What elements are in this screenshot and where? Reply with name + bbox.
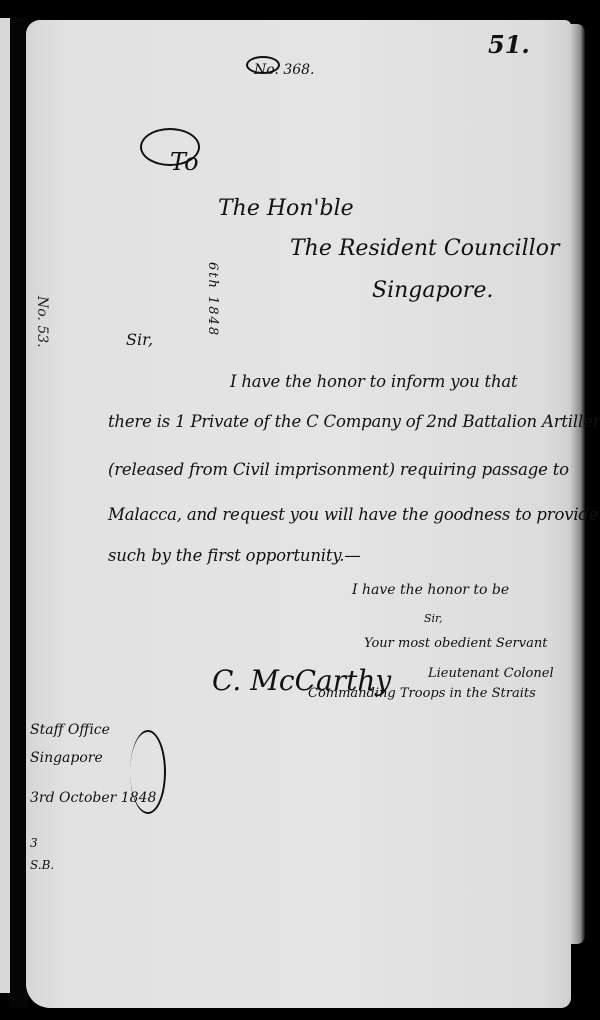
closing-servant: Your most obedient Servant bbox=[364, 636, 547, 651]
body-line: Malacca, and request you will have the g… bbox=[108, 505, 598, 524]
page-number: 51. bbox=[488, 30, 530, 59]
docket-flourish bbox=[130, 730, 166, 814]
left-margin-note: No. 53. bbox=[34, 296, 50, 348]
addressee-line-2: The Resident Councillor bbox=[290, 236, 559, 261]
ref-flourish bbox=[246, 56, 280, 74]
body-line: (released from Civil imprisonment) requi… bbox=[108, 460, 569, 479]
addressee-line-1: The Hon'ble bbox=[218, 196, 354, 221]
closing-line: I have the honor to be bbox=[352, 582, 509, 598]
addressee-line-3: Singapore. bbox=[372, 278, 493, 303]
docket-line-1: Staff Office bbox=[30, 722, 110, 738]
docket-line-2: Singapore bbox=[30, 750, 103, 766]
body-line: I have the honor to inform you that bbox=[230, 372, 517, 391]
body-line: such by the first opportunity.— bbox=[108, 546, 361, 565]
signatory-rank: Lieutenant Colonel bbox=[428, 666, 554, 681]
docket-line-5: S.B. bbox=[30, 858, 54, 872]
signatory-command: Commanding Troops in the Straits bbox=[308, 686, 536, 701]
salutation: Sir, bbox=[126, 330, 153, 349]
body-line: there is 1 Private of the C Company of 2… bbox=[108, 412, 600, 431]
docket-line-4: 3 bbox=[30, 836, 38, 850]
to-flourish bbox=[140, 128, 200, 166]
closing-sir: Sir, bbox=[424, 612, 443, 625]
